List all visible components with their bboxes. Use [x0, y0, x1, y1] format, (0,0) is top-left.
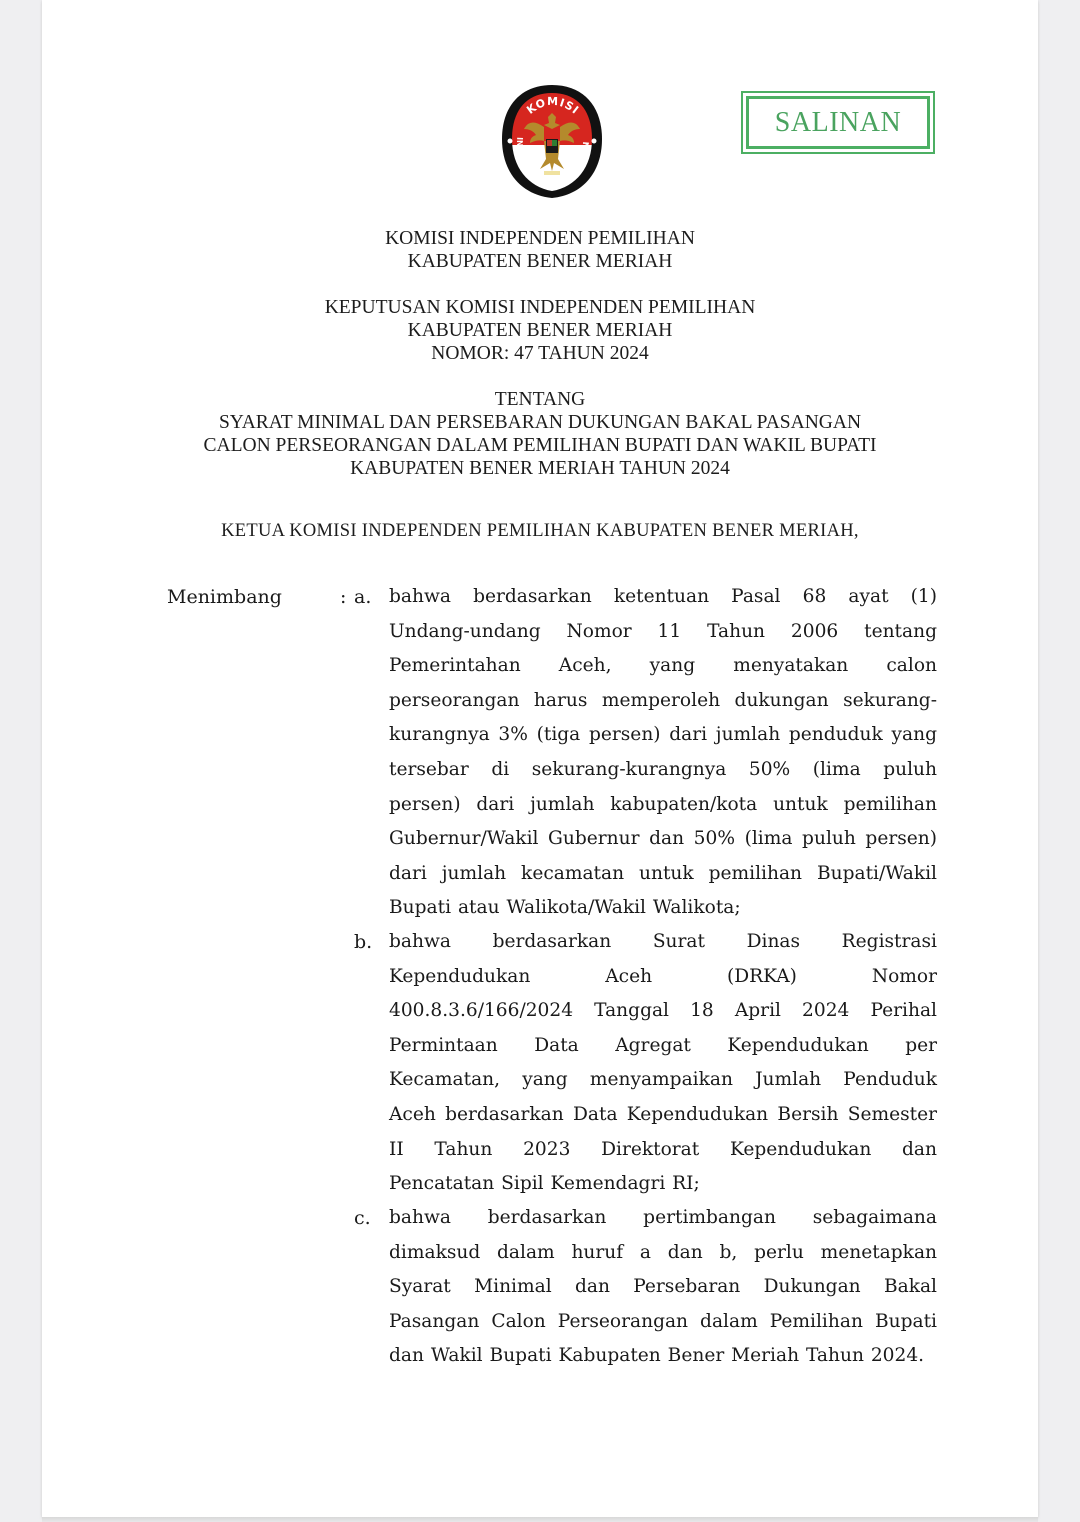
paragraph-line: Bupati atau Walikota/Wakil Walikota;	[389, 891, 937, 926]
paragraph-line: Pasangan Calon Perseorangan dalam Pemili…	[389, 1305, 937, 1340]
considering-item-c: bahwa berdasarkan pertimbangan sebagaima…	[389, 1201, 937, 1374]
decision-line: KABUPATEN BENER MERIAH	[30, 319, 1050, 342]
item-letter-a: a.	[354, 585, 371, 609]
paragraph-line: kurangnya 3% (tiga persen) dari jumlah p…	[389, 718, 937, 753]
subject-line: KABUPATEN BENER MERIAH TAHUN 2024	[30, 457, 1050, 480]
subject-line: TENTANG	[30, 388, 1050, 411]
paragraph-line: Syarat Minimal dan Persebaran Dukungan B…	[389, 1270, 937, 1305]
paragraph-line: dimaksud dalam huruf a dan b, perlu mene…	[389, 1236, 937, 1271]
institution-line: KOMISI INDEPENDEN PEMILIHAN	[30, 227, 1050, 250]
salinan-label: SALINAN	[746, 96, 930, 149]
item-letter-c: c.	[354, 1206, 371, 1230]
paragraph-line: persen) dari jumlah kabupaten/kota untuk…	[389, 788, 937, 823]
paragraph-line: dari jumlah kecamatan untuk pemilihan Bu…	[389, 857, 937, 892]
paragraph-line: tersebar di sekurang-kurangnya 50% (lima…	[389, 753, 937, 788]
institution-header: KOMISI INDEPENDEN PEMILIHAN KABUPATEN BE…	[30, 227, 1050, 273]
page-edge	[42, 1517, 1038, 1522]
paragraph-line: II Tahun 2023 Direktorat Kependudukan da…	[389, 1133, 937, 1168]
paragraph-line: perseorangan harus memperoleh dukungan s…	[389, 684, 937, 719]
considering-label: Menimbang	[167, 585, 282, 609]
paragraph-line: Undang-undang Nomor 11 Tahun 2006 tentan…	[389, 615, 937, 650]
authority-line: KETUA KOMISI INDEPENDEN PEMILIHAN KABUPA…	[30, 521, 1050, 542]
paragraph-line: bahwa berdasarkan ketentuan Pasal 68 aya…	[389, 580, 937, 615]
paragraph-line: Gubernur/Wakil Gubernur dan 50% (lima pu…	[389, 822, 937, 857]
subject-line: CALON PERSEORANGAN DALAM PEMILIHAN BUPAT…	[30, 434, 1050, 457]
kip-logo-icon: KOMISI INDEPENDEN PEMILIHAN	[500, 83, 604, 199]
paragraph-line: Pemerintahan Aceh, yang menyatakan calon	[389, 649, 937, 684]
item-letter-b: b.	[354, 930, 372, 954]
paragraph-line: Kependudukan Aceh (DRKA) Nomor	[389, 960, 937, 995]
paragraph-line: dan Wakil Bupati Kabupaten Bener Meriah …	[389, 1339, 937, 1374]
decision-header: KEPUTUSAN KOMISI INDEPENDEN PEMILIHAN KA…	[30, 296, 1050, 365]
paragraph-line: Kecamatan, yang menyampaikan Jumlah Pend…	[389, 1063, 937, 1098]
considering-item-a: bahwa berdasarkan ketentuan Pasal 68 aya…	[389, 580, 937, 926]
paragraph-line: 400.8.3.6/166/2024 Tanggal 18 April 2024…	[389, 994, 937, 1029]
salinan-stamp: SALINAN	[741, 91, 935, 154]
paragraph-line: Pencatatan Sipil Kemendagri RI;	[389, 1167, 937, 1202]
paragraph-line: Aceh berdasarkan Data Kependudukan Bersi…	[389, 1098, 937, 1133]
institution-line: KABUPATEN BENER MERIAH	[30, 250, 1050, 273]
subject-line: SYARAT MINIMAL DAN PERSEBARAN DUKUNGAN B…	[30, 411, 1050, 434]
decision-line: KEPUTUSAN KOMISI INDEPENDEN PEMILIHAN	[30, 296, 1050, 319]
considering-colon: :	[340, 585, 346, 609]
paragraph-line: Permintaan Data Agregat Kependudukan per	[389, 1029, 937, 1064]
considering-item-b: bahwa berdasarkan Surat Dinas Registrasi…	[389, 925, 937, 1202]
paragraph-line: bahwa berdasarkan pertimbangan sebagaima…	[389, 1201, 937, 1236]
paragraph-line: bahwa berdasarkan Surat Dinas Registrasi	[389, 925, 937, 960]
decision-subject: TENTANG SYARAT MINIMAL DAN PERSEBARAN DU…	[30, 388, 1050, 480]
decision-number: NOMOR: 47 TAHUN 2024	[30, 342, 1050, 365]
